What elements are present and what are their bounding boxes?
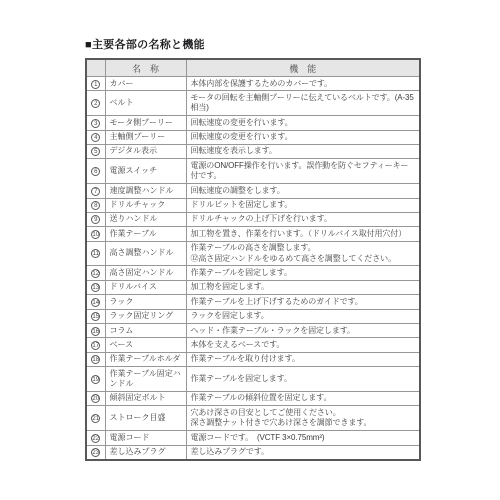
header-name-cell: 名 称 [105,59,186,77]
circled-number: 18 [91,355,100,364]
parts-table-body: 1カバー本体内部を保護するためのカバーです。2ベルトモータの回転を主軸側プーリー… [86,77,420,460]
table-row: 7速度調整ハンドル回転速度の調整をします。 [86,184,420,198]
part-function-cell: ドリルビットを固定します。 [186,198,420,212]
table-row: 23差し込みプラグ差し込みプラグです。 [86,445,420,460]
row-number-cell: 7 [86,184,105,198]
part-function-cell: 作業テーブルの高さを調整します。 ⑫高さ固定ハンドルをゆるめて高さを調整してくだ… [186,241,420,266]
circled-number: 9 [91,215,100,224]
part-name-cell: コラム [105,324,186,338]
row-number-cell: 21 [86,406,105,431]
part-function-cell: 回転速度を表示します。 [186,144,420,158]
table-row: 18作業テーブルホルダ作業テーブルを取り付けます。 [86,352,420,366]
part-function-cell: 本体を支えるベースです。 [186,338,420,352]
table-row: 21ストローク目盛穴あけ深さの目安としてご使用ください。 深さ調整ナット付きで穴… [86,406,420,431]
parts-section: ■主要各部の名称と機能 名 称 機 能 1カバー本体内部を保護するためのカバーで… [85,36,419,461]
table-row: 14ラック作業テーブルを上げ下げするためのガイドです。 [86,295,420,309]
circled-number: 6 [91,167,100,176]
part-name-cell: 電源スイッチ [105,159,186,184]
part-name-cell: 高さ調整ハンドル [105,241,186,266]
part-name-cell: ラック [105,295,186,309]
table-row: 12高さ固定ハンドル作業テーブルを固定します。 [86,266,420,280]
section-title: ■主要各部の名称と機能 [85,36,419,52]
row-number-cell: 23 [86,445,105,460]
part-name-cell: 作業テーブル [105,227,186,241]
part-name-cell: 送りハンドル [105,212,186,226]
table-row: 15ラック固定リングラックを固定します。 [86,309,420,323]
table-row: 4主軸側プーリー回転速度の変更を行います。 [86,130,420,144]
part-function-cell: 作業テーブルを固定します。 [186,367,420,392]
circled-number: 8 [91,201,100,210]
table-row: 17ベース本体を支えるベースです。 [86,338,420,352]
table-row: 10作業テーブル加工物を置き、作業を行います。（ドリルバイス取付用穴付） [86,227,420,241]
header-function-cell: 機 能 [186,59,420,77]
circled-number: 19 [91,375,100,384]
circled-number: 5 [91,147,100,156]
row-number-cell: 14 [86,295,105,309]
part-name-cell: 主軸側プーリー [105,130,186,144]
part-name-cell: 速度調整ハンドル [105,184,186,198]
circled-number: 17 [91,341,100,350]
row-number-cell: 6 [86,159,105,184]
part-name-cell: ドリルチャック [105,198,186,212]
part-name-cell: ラック固定リング [105,309,186,323]
row-number-cell: 19 [86,367,105,392]
row-number-cell: 5 [86,144,105,158]
circled-number: 7 [91,187,100,196]
table-row: 3モータ側プーリー回転速度の変更を行います。 [86,116,420,130]
circled-number: 1 [91,80,100,89]
part-name-cell: ストローク目盛 [105,406,186,431]
circled-number: 12 [91,269,100,278]
part-function-cell: 回転速度の変更を行います。 [186,116,420,130]
part-function-cell: 作業テーブルの傾斜位置を固定します。 [186,391,420,405]
part-function-cell: 作業テーブルを固定します。 [186,266,420,280]
row-number-cell: 4 [86,130,105,144]
row-number-cell: 3 [86,116,105,130]
parts-table: 名 称 機 能 1カバー本体内部を保護するためのカバーです。2ベルトモータの回転… [85,58,421,461]
part-name-cell: デジタル表示 [105,144,186,158]
circled-number: 16 [91,327,100,336]
row-number-cell: 16 [86,324,105,338]
table-row: 1カバー本体内部を保護するためのカバーです。 [86,77,420,91]
part-name-cell: 作業テーブルホルダ [105,352,186,366]
circled-number: 15 [91,312,100,321]
row-number-cell: 15 [86,309,105,323]
row-number-cell: 12 [86,266,105,280]
circled-number: 10 [91,230,100,239]
table-row: 6電源スイッチ電源のON/OFF操作を行います。誤作動を防ぐセフティーキー付です… [86,159,420,184]
part-function-cell: モータの回転を主軸側プーリーに伝えているベルトです。(A-35相当) [186,91,420,116]
circled-number: 14 [91,298,100,307]
circled-number: 3 [91,119,100,128]
part-name-cell: ベース [105,338,186,352]
part-name-cell: 作業テーブル固定ハンドル [105,367,186,392]
part-function-cell: 作業テーブルを取り付けます。 [186,352,420,366]
table-row: 13ドリルバイス加工物を固定します。 [86,280,420,294]
row-number-cell: 1 [86,77,105,91]
part-function-cell: 回転速度の変更を行います。 [186,130,420,144]
table-row: 20傾斜固定ボルト作業テーブルの傾斜位置を固定します。 [86,391,420,405]
row-number-cell: 10 [86,227,105,241]
part-function-cell: 本体内部を保護するためのカバーです。 [186,77,420,91]
part-function-cell: ヘッド・作業テーブル・ラックを固定します。 [186,324,420,338]
table-row: 5デジタル表示回転速度を表示します。 [86,144,420,158]
part-function-cell: 電源コードです。 (VCTF 3×0.75mm²) [186,431,420,445]
circled-number: 2 [91,99,100,108]
row-number-cell: 22 [86,431,105,445]
part-name-cell: モータ側プーリー [105,116,186,130]
row-number-cell: 17 [86,338,105,352]
circled-number: 20 [91,394,100,403]
row-number-cell: 13 [86,280,105,294]
row-number-cell: 20 [86,391,105,405]
circled-number: 21 [91,414,100,423]
circled-number: 23 [91,448,100,457]
header-row: 名 称 機 能 [86,59,420,77]
part-function-cell: 加工物を固定します。 [186,280,420,294]
part-function-cell: ラックを固定します。 [186,309,420,323]
row-number-cell: 2 [86,91,105,116]
part-name-cell: ドリルバイス [105,280,186,294]
header-number-cell [86,59,105,77]
table-row: 9送りハンドルドリルチャックの上げ下げを行います。 [86,212,420,226]
table-row: 2ベルトモータの回転を主軸側プーリーに伝えているベルトです。(A-35相当) [86,91,420,116]
part-name-cell: ベルト [105,91,186,116]
table-row: 22電源コード電源コードです。 (VCTF 3×0.75mm²) [86,431,420,445]
circled-number: 11 [91,249,100,258]
part-name-cell: 傾斜固定ボルト [105,391,186,405]
part-function-cell: ドリルチャックの上げ下げを行います。 [186,212,420,226]
table-row: 19作業テーブル固定ハンドル作業テーブルを固定します。 [86,367,420,392]
part-name-cell: 高さ固定ハンドル [105,266,186,280]
part-name-cell: カバー [105,77,186,91]
manual-page: ■主要各部の名称と機能 名 称 機 能 1カバー本体内部を保護するためのカバーで… [0,0,500,500]
part-name-cell: 差し込みプラグ [105,445,186,460]
part-function-cell: 回転速度の調整をします。 [186,184,420,198]
part-function-cell: 加工物を置き、作業を行います。（ドリルバイス取付用穴付） [186,227,420,241]
table-row: 16コラムヘッド・作業テーブル・ラックを固定します。 [86,324,420,338]
circled-number: 13 [91,283,100,292]
table-row: 11高さ調整ハンドル作業テーブルの高さを調整します。 ⑫高さ固定ハンドルをゆるめ… [86,241,420,266]
part-function-cell: 電源のON/OFF操作を行います。誤作動を防ぐセフティーキー付です。 [186,159,420,184]
row-number-cell: 8 [86,198,105,212]
part-name-cell: 電源コード [105,431,186,445]
circled-number: 4 [91,133,100,142]
row-number-cell: 18 [86,352,105,366]
part-function-cell: 穴あけ深さの目安としてご使用ください。 深さ調整ナット付きで穴あけ深さを調節でき… [186,406,420,431]
part-function-cell: 差し込みプラグです。 [186,445,420,460]
table-row: 8ドリルチャックドリルビットを固定します。 [86,198,420,212]
parts-table-header: 名 称 機 能 [86,59,420,77]
circled-number: 22 [91,434,100,443]
row-number-cell: 11 [86,241,105,266]
part-function-cell: 作業テーブルを上げ下げするためのガイドです。 [186,295,420,309]
row-number-cell: 9 [86,212,105,226]
